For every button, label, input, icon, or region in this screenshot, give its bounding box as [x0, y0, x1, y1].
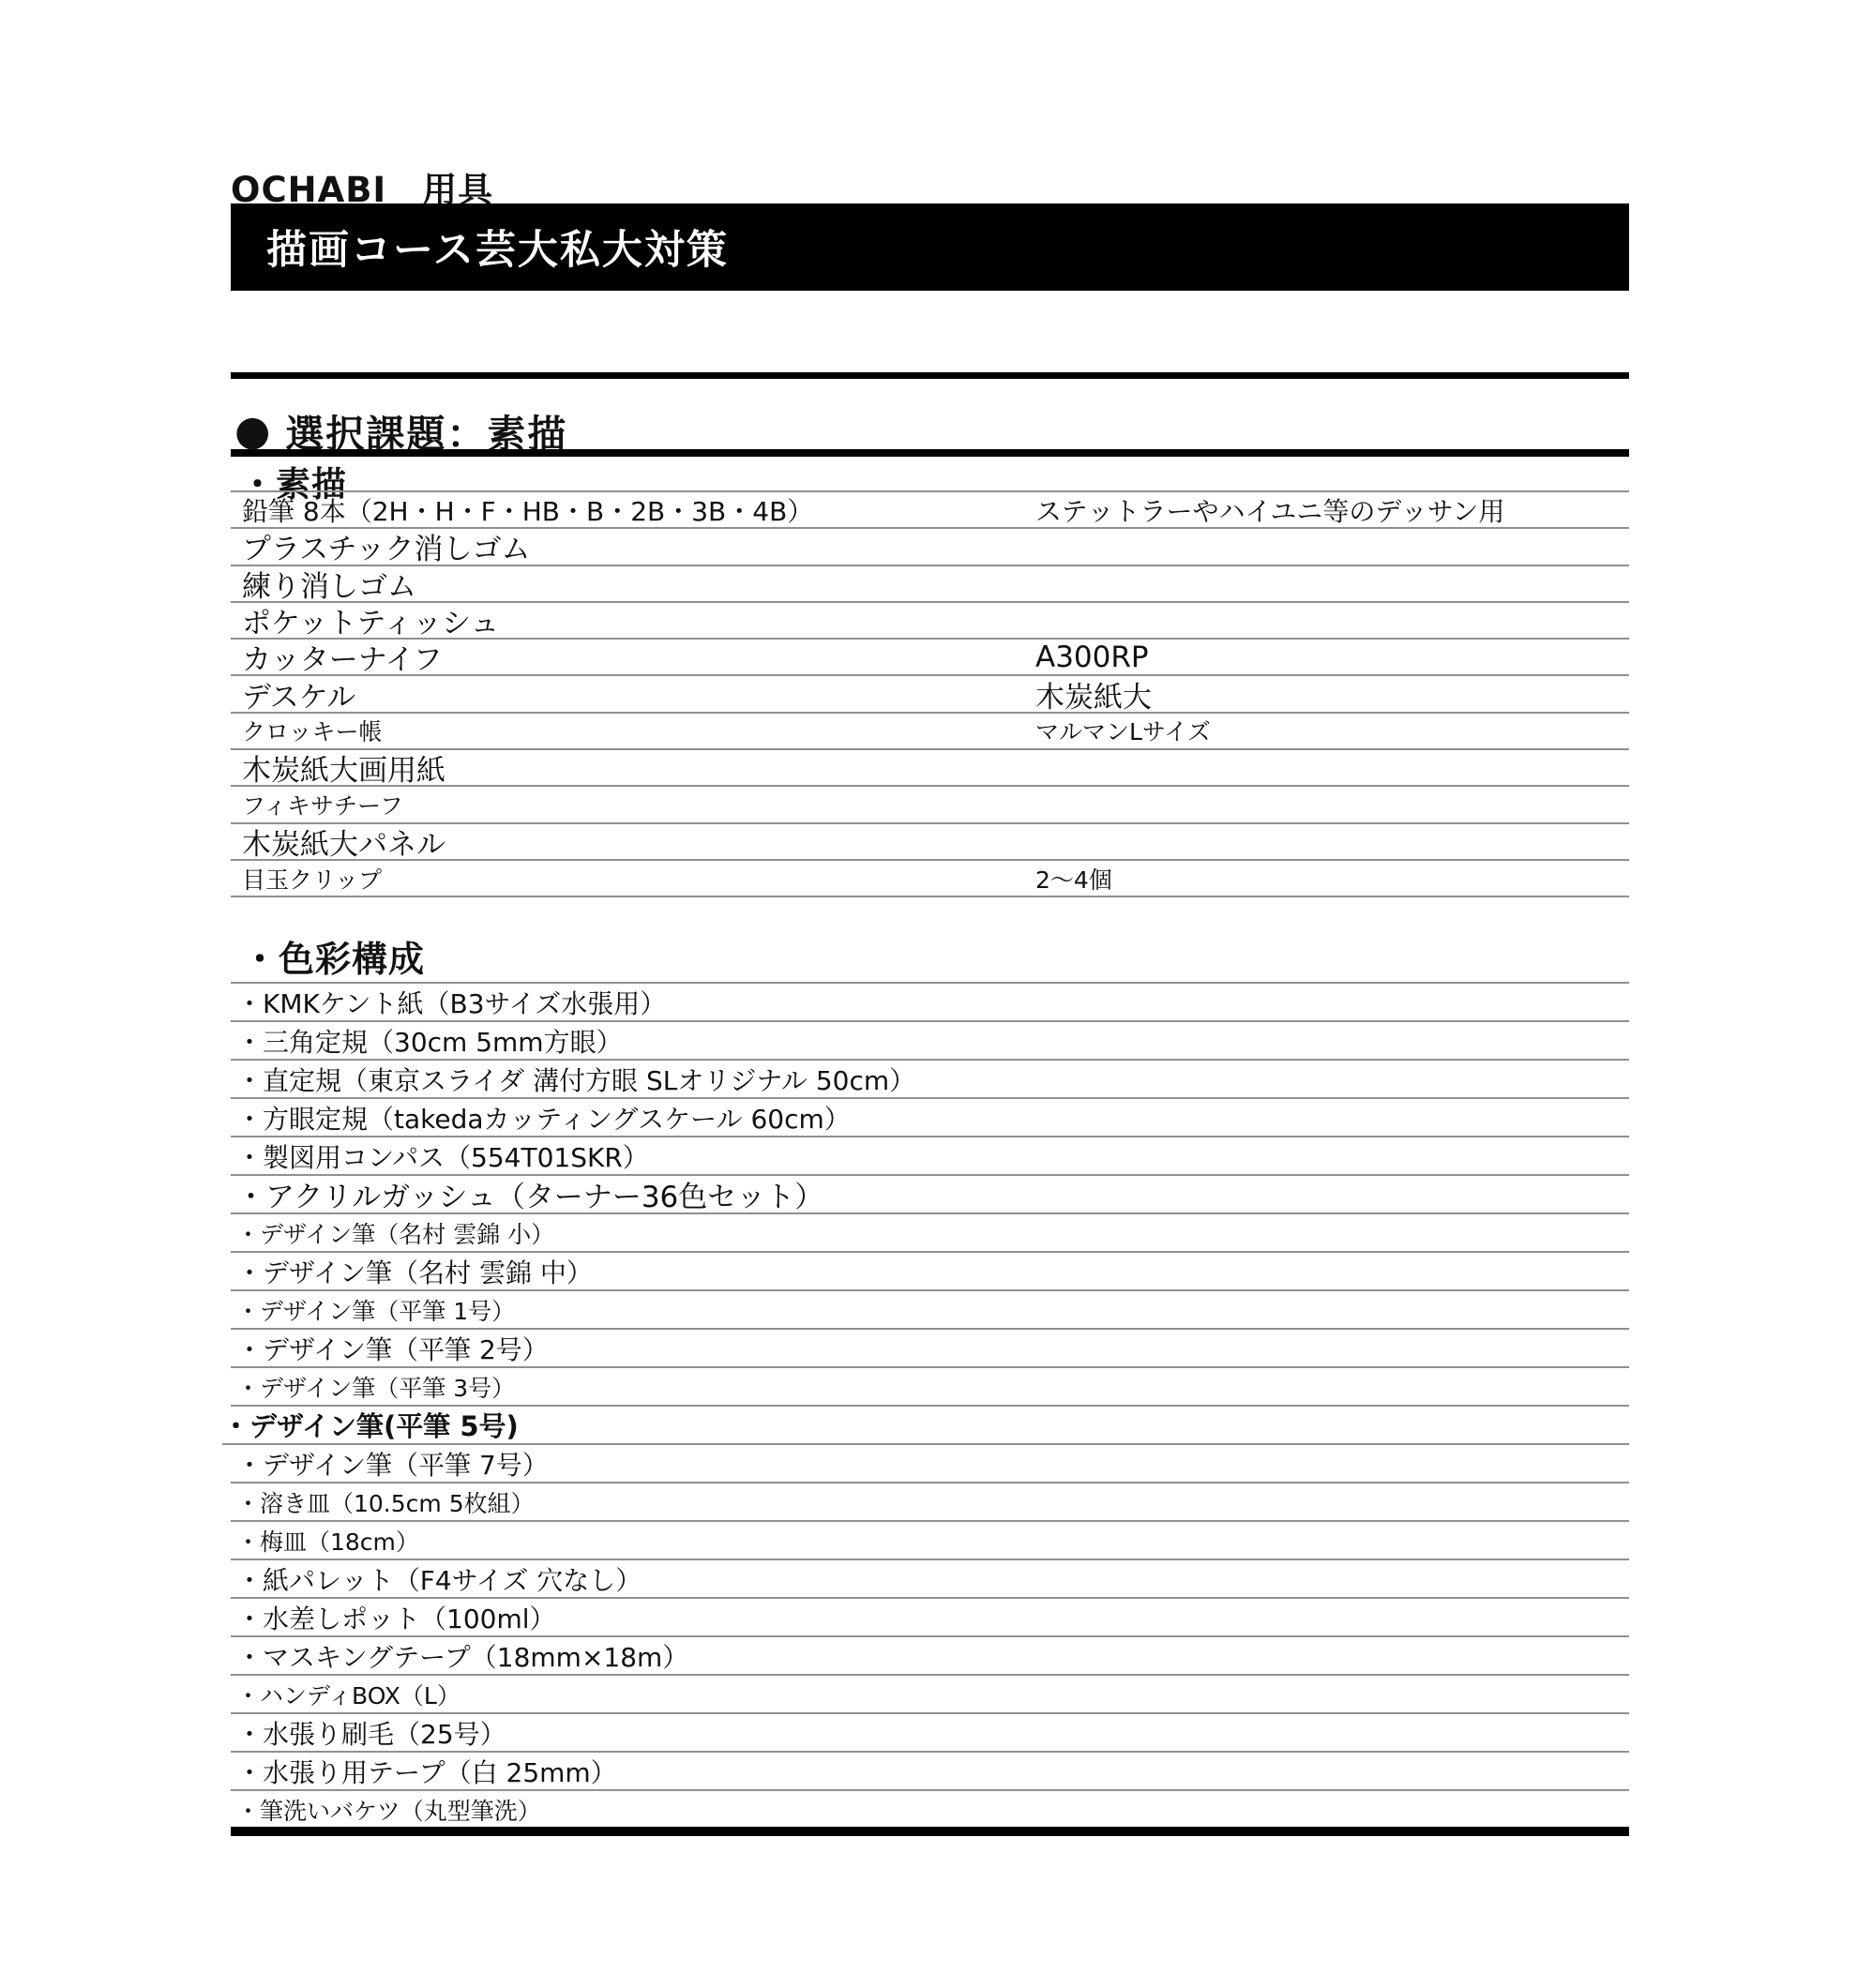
table-row: 練り消しゴム	[231, 566, 1629, 603]
table-row: ・デザイン筆（名村 雲錦 中）	[231, 1253, 1629, 1291]
table-row: ・デザイン筆（平筆 3号）	[231, 1368, 1629, 1407]
item-label: 木炭紙大パネル	[242, 824, 445, 861]
supply-table-sobyo: 鉛筆 8本（2H・H・F・HB・B・2B・3B・4B）ステットラーやハイユニ等の…	[231, 490, 1629, 897]
item-label: プラスチック消しゴム	[242, 529, 531, 565]
table-row: ・製図用コンパス（554T01SKR）	[231, 1137, 1629, 1176]
item-label: 鉛筆 8本（2H・H・F・HB・B・2B・3B・4B）	[242, 492, 813, 529]
item-label: ・梅皿（18cm）	[236, 1524, 419, 1558]
item-label: ・製図用コンパス（554T01SKR）	[236, 1137, 649, 1175]
section-heading-underline	[231, 449, 1629, 457]
item-label: 練り消しゴム	[242, 566, 416, 603]
item-label: 目玉クリップ	[242, 862, 382, 896]
item-value: 木炭紙大	[1035, 676, 1152, 713]
course-banner-label: 描画コース芸大私大対策	[266, 218, 729, 276]
item-value: 2～4個	[1035, 862, 1112, 896]
item-value: マルマンLサイズ	[1035, 714, 1211, 747]
table-row: ・溶き皿（10.5cm 5枚組）	[231, 1483, 1629, 1522]
item-value: A300RP	[1035, 640, 1149, 674]
item-label: ・デザイン筆(平筆 5号)	[222, 1407, 519, 1444]
item-label: ・方眼定規（takedaカッティングスケール 60cm）	[236, 1099, 851, 1137]
table-row: フィキサチーフ	[231, 787, 1629, 823]
table-row: ・紙パレット（F4サイズ 穴なし）	[231, 1560, 1629, 1599]
item-label: ・筆洗いバケツ（丸型筆洗）	[236, 1793, 541, 1827]
item-label: フィキサチーフ	[242, 788, 403, 821]
item-label: ・紙パレット（F4サイズ 穴なし）	[236, 1560, 642, 1598]
item-label: ・三角定規（30cm 5mm方眼）	[236, 1022, 623, 1060]
table-row: ・デザイン筆（平筆 7号）	[231, 1445, 1629, 1483]
table-row: クロッキー帳マルマンLサイズ	[231, 714, 1629, 750]
item-label: ・水張り刷毛（25号）	[236, 1714, 506, 1752]
table-row: ・直定規（東京スライダ 溝付方眼 SLオリジナル 50cm）	[231, 1061, 1629, 1099]
item-label: ・アクリルガッシュ（ターナー36色セット）	[236, 1176, 823, 1214]
bullet-circle-icon: ●	[234, 411, 272, 452]
item-label: ・デザイン筆（平筆 1号）	[236, 1293, 515, 1327]
table-row: ・KMKケント紙（B3サイズ水張用）	[231, 984, 1629, 1022]
table-row: カッターナイフA300RP	[231, 640, 1629, 676]
group2-title: ・色彩構成	[242, 930, 425, 982]
separator-rule-top	[231, 372, 1629, 379]
table-row: 木炭紙大パネル	[231, 824, 1629, 861]
table-row: プラスチック消しゴム	[231, 529, 1629, 565]
table-row: デスケル木炭紙大	[231, 676, 1629, 713]
item-label: ・マスキングテープ（18mm×18m）	[236, 1637, 688, 1675]
item-label: ・デザイン筆（名村 雲錦 小）	[236, 1216, 554, 1250]
table-row: 目玉クリップ2～4個	[231, 861, 1629, 897]
supply-table-shikisai: ・KMKケント紙（B3サイズ水張用）・三角定規（30cm 5mm方眼）・直定規（…	[231, 982, 1629, 1830]
table-row: ・梅皿（18cm）	[231, 1522, 1629, 1560]
table-row: ・ハンディBOX（L）	[231, 1676, 1629, 1714]
item-label: ・デザイン筆（名村 雲錦 中）	[236, 1253, 593, 1290]
item-value: ステットラーやハイユニ等のデッサン用	[1035, 492, 1504, 529]
table-row: 鉛筆 8本（2H・H・F・HB・B・2B・3B・4B）ステットラーやハイユニ等の…	[231, 492, 1629, 529]
item-label: ポケットティッシュ	[242, 603, 499, 640]
item-label: ・水張り用テープ（白 25mm）	[236, 1753, 617, 1790]
item-label: カッターナイフ	[242, 640, 443, 676]
table-row: ・方眼定規（takedaカッティングスケール 60cm）	[231, 1099, 1629, 1137]
item-label: ・直定規（東京スライダ 溝付方眼 SLオリジナル 50cm）	[236, 1061, 915, 1098]
table-row: ・マスキングテープ（18mm×18m）	[231, 1637, 1629, 1676]
table-row: ・水張り刷毛（25号）	[231, 1714, 1629, 1753]
table-row: ・アクリルガッシュ（ターナー36色セット）	[231, 1176, 1629, 1214]
course-banner: 描画コース芸大私大対策	[231, 203, 1629, 291]
table-row: ポケットティッシュ	[231, 603, 1629, 640]
item-label: ・溶き皿（10.5cm 5枚組）	[236, 1485, 535, 1519]
item-label: デスケル	[242, 676, 355, 713]
table-row: ・デザイン筆（平筆 2号）	[231, 1330, 1629, 1368]
page-content: OCHABI 用具 描画コース芸大私大対策 ● 選択課題：素描 ・素描 鉛筆 8…	[231, 0, 1629, 1988]
table-row: ・水差しポット（100ml）	[231, 1599, 1629, 1637]
table-row: ・水張り用テープ（白 25mm）	[231, 1753, 1629, 1791]
table-row: ・デザイン筆（平筆 1号）	[231, 1291, 1629, 1330]
table-row: ・筆洗いバケツ（丸型筆洗）	[231, 1791, 1629, 1830]
table-row: 木炭紙大画用紙	[231, 750, 1629, 787]
item-label: 木炭紙大画用紙	[242, 750, 445, 787]
item-label: ・ハンディBOX（L）	[236, 1678, 460, 1711]
item-label: ・デザイン筆（平筆 7号）	[236, 1445, 549, 1483]
item-label: ・水差しポット（100ml）	[236, 1599, 556, 1636]
table-row: ・デザイン筆（名村 雲錦 小）	[231, 1214, 1629, 1253]
separator-rule-bottom	[231, 1827, 1629, 1836]
table-row: ・三角定規（30cm 5mm方眼）	[231, 1022, 1629, 1061]
item-label: ・KMKケント紙（B3サイズ水張用）	[236, 984, 666, 1021]
table-row: ・デザイン筆(平筆 5号)	[222, 1407, 1629, 1445]
item-label: クロッキー帳	[242, 714, 383, 747]
item-label: ・デザイン筆（平筆 2号）	[236, 1330, 549, 1367]
item-label: ・デザイン筆（平筆 3号）	[236, 1370, 515, 1404]
